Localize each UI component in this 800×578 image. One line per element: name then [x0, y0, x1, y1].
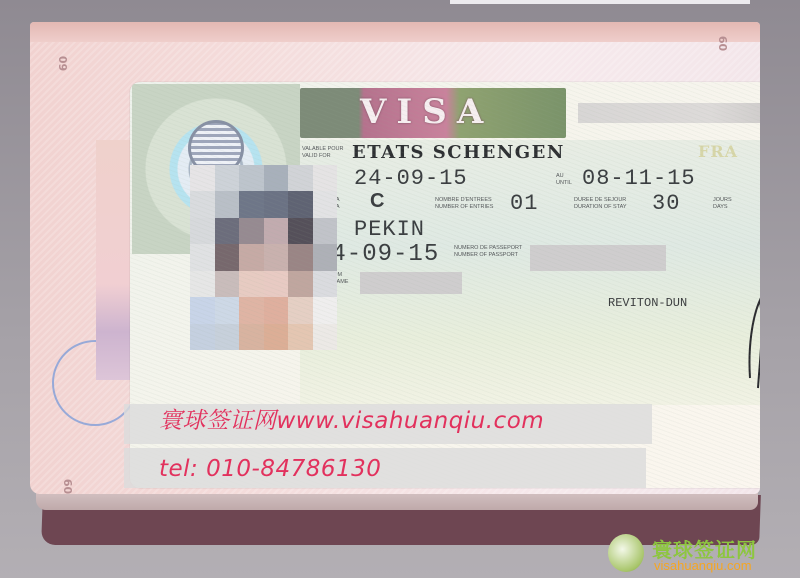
- entries-label: NOMBRE D'ENTREESNUMBER OF ENTRIES: [435, 197, 493, 211]
- redacted-side-strip: [96, 140, 134, 380]
- visa-title: VISA: [360, 92, 493, 132]
- page-binding-band: [30, 22, 760, 42]
- passport-number-label: NUMERO DE PASSEPORTNUMBER OF PASSPORT: [454, 245, 522, 259]
- page-number-left: 60: [57, 56, 70, 71]
- page-number-bottom: 60: [61, 479, 74, 494]
- valid-for-value: ETATS SCHENGEN: [352, 142, 565, 163]
- until-label: AUUNTIL: [556, 173, 572, 187]
- days-label: JOURSDAYS: [713, 197, 732, 211]
- visa-type: C: [370, 190, 385, 213]
- from-date: 24-09-15: [354, 166, 468, 191]
- redacted-name: [360, 272, 462, 294]
- signature: [730, 268, 760, 428]
- next-page-edge: [450, 0, 750, 4]
- duration-value: 30: [652, 191, 680, 216]
- redacted-visa-number: [578, 103, 760, 123]
- watermark-website: 寰球签证网www.visahuanqiu.com: [159, 402, 544, 435]
- issued-in-value: PEKIN: [354, 217, 425, 242]
- redacted-passport-number: [530, 245, 666, 271]
- page-number-right: 60: [716, 36, 729, 51]
- brand-logo: 寰球签证网 visahuanqiu.com: [608, 532, 798, 576]
- duration-label: DUREE DE SEJOURDURATION OF STAY: [574, 197, 627, 211]
- globe-icon: [608, 534, 644, 572]
- watermark-phone: tel: 010-84786130: [159, 456, 381, 482]
- valid-for-label: VALABLE POURVALID FOR: [302, 146, 343, 160]
- country-code: FRA: [698, 142, 738, 161]
- issuing-officer: REVITON-DUN: [608, 296, 687, 310]
- until-date: 08-11-15: [582, 166, 696, 191]
- entries-value: 01: [510, 191, 538, 216]
- redacted-photo: [190, 165, 337, 350]
- brand-domain: visahuanqiu.com: [654, 558, 752, 573]
